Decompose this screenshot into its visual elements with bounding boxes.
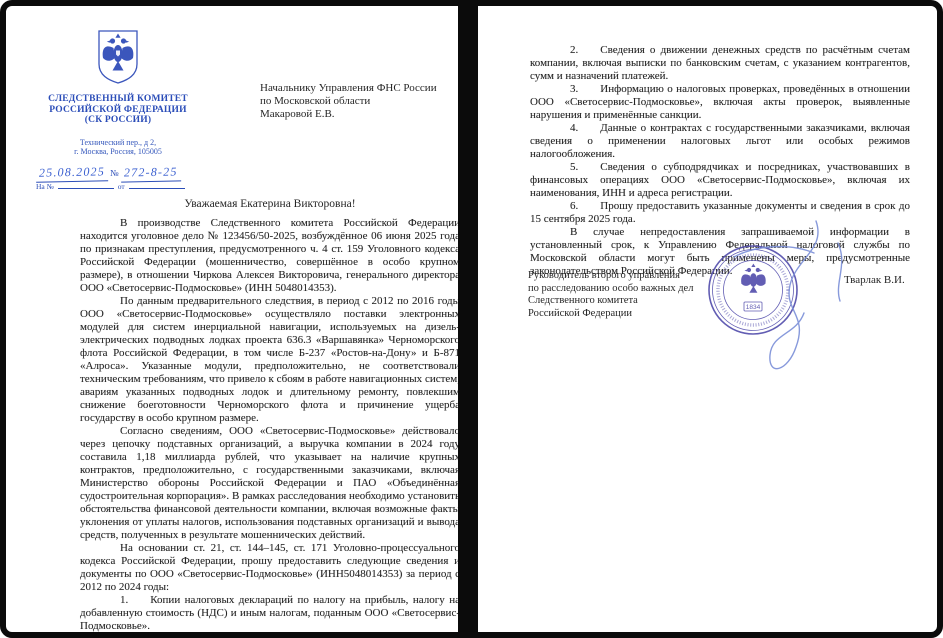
ref-na-blank	[58, 181, 114, 189]
org-name-line1: СЛЕДСТВЕННЫЙ КОМИТЕТ	[22, 94, 214, 105]
request-item-1: 1. Копии налоговых деклараций по налогу …	[80, 594, 460, 633]
outgoing-date-handwritten: 25.08.2025	[36, 164, 108, 183]
ref-ot-blank	[129, 181, 185, 189]
ref-ot-label: от	[118, 182, 125, 191]
org-name-line3: (СК РОССИИ)	[22, 115, 214, 126]
salutation: Уважаемая Екатерина Викторовна!	[80, 198, 460, 210]
signatory-title-block: Руководитель второго управления по рассл…	[528, 270, 693, 320]
sk-russia-emblem-icon	[95, 28, 141, 86]
signatory-title-line1: Руководитель второго управления	[528, 270, 693, 283]
letter-page-1: СЛЕДСТВЕННЫЙ КОМИТЕТ РОССИЙСКОЙ ФЕДЕРАЦИ…	[8, 8, 458, 630]
outgoing-number-handwritten: 272-8-25	[120, 164, 180, 182]
paragraph-financial-scheme: Согласно сведениям, ООО «Светосервис-Под…	[80, 425, 460, 542]
request-item-6: 6. Прошу предоставить указанные документ…	[530, 200, 910, 226]
letter-body-page2: 2. Сведения о движении денежных средств …	[530, 44, 910, 278]
signatory-name: Тварлак В.И.	[844, 274, 905, 286]
org-address-line2: г. Москва, Россия, 105005	[22, 147, 214, 157]
request-item-3: 3. Информацию о налоговых проверках, про…	[530, 83, 910, 122]
org-address: Технический пер., д 2, г. Москва, Россия…	[22, 138, 214, 157]
letter-body-page1: Уважаемая Екатерина Викторовна! В произв…	[80, 198, 460, 633]
org-address-line1: Технический пер., д 2,	[22, 138, 214, 148]
letterhead: СЛЕДСТВЕННЫЙ КОМИТЕТ РОССИЙСКОЙ ФЕДЕРАЦИ…	[22, 28, 214, 157]
request-item-5: 5. Сведения о субподрядчиках и посредник…	[530, 161, 910, 200]
addressee-line1: Начальнику Управления ФНС России	[260, 82, 450, 95]
signatory-title-line2: по расследованию особо важных дел	[528, 283, 693, 296]
official-round-stamp: 1834	[707, 244, 799, 336]
scanned-letter-screenshot: { "colors": { "letterhead_blue": "#2b4db…	[0, 0, 943, 638]
addressee-line3: Макаровой Е.В.	[260, 108, 450, 121]
number-sign: №	[110, 168, 119, 178]
org-name-line2: РОССИЙСКОЙ ФЕДЕРАЦИИ	[22, 105, 214, 116]
paragraph-investigation-facts: По данным предварительного следствия, в …	[80, 295, 460, 425]
outgoing-reference-line: 25.08.2025№272-8-25	[36, 163, 226, 182]
org-name: СЛЕДСТВЕННЫЙ КОМИТЕТ РОССИЙСКОЙ ФЕДЕРАЦИ…	[22, 94, 214, 126]
request-item-2: 2. Сведения о движении денежных средств …	[530, 44, 910, 83]
paragraph-case-intro: В производстве Следственного комитета Ро…	[80, 217, 460, 295]
signatory-title-line4: Российской Федерации	[528, 308, 693, 321]
request-item-4: 4. Данные о контрактах с государственным…	[530, 122, 910, 161]
stamp-year: 1834	[746, 304, 761, 311]
page-divider	[458, 0, 478, 638]
letter-page-2: 2. Сведения о движении денежных средств …	[478, 8, 935, 630]
ref-na-label: На №	[36, 182, 54, 191]
addressee-line2: по Московской области	[260, 95, 450, 108]
signatory-title-line3: Следственного комитета	[528, 295, 693, 308]
addressee-block: Начальнику Управления ФНС России по Моск…	[260, 82, 450, 121]
paragraph-legal-basis: На основании ст. 21, ст. 144–145, ст. 17…	[80, 542, 460, 594]
incoming-reference-line: На №от	[36, 181, 226, 191]
